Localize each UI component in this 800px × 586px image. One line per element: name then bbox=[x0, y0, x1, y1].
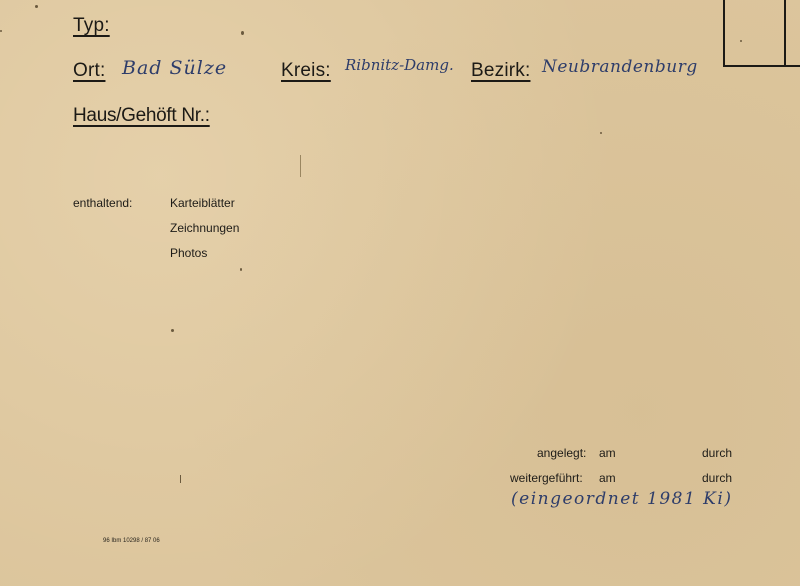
contents-item-zeichnungen: Zeichnungen bbox=[170, 221, 239, 235]
contents-item-karteiblaetter: Karteiblätter bbox=[170, 196, 235, 210]
typ-label: Typ: bbox=[73, 15, 110, 37]
weitergefuehrt-am: am bbox=[599, 471, 616, 485]
paper-speck bbox=[240, 268, 242, 271]
paper-speck bbox=[600, 132, 602, 134]
kreis-value: Ribnitz-Damg. bbox=[345, 56, 454, 74]
paper-speck bbox=[300, 155, 301, 177]
paper-speck bbox=[35, 5, 38, 8]
weitergefuehrt-durch: durch bbox=[702, 471, 732, 485]
corner-box-right-line bbox=[784, 0, 786, 66]
form-number: 96 Ibm 10298 / 87 06 bbox=[103, 538, 160, 544]
paper-speck bbox=[740, 40, 742, 42]
kreis-label: Kreis: bbox=[281, 60, 331, 82]
angelegt-am: am bbox=[599, 446, 616, 460]
corner-box-left-line bbox=[723, 0, 725, 66]
corner-box-bottom-line bbox=[723, 65, 800, 67]
bezirk-value: Neubrandenburg bbox=[542, 57, 698, 77]
weitergefuehrt-label: weitergeführt: bbox=[510, 471, 583, 485]
haus-label: Haus/Gehöft Nr.: bbox=[73, 105, 210, 127]
paper-speck bbox=[0, 30, 2, 32]
paper-speck bbox=[180, 475, 181, 483]
handwritten-note: (eingeordnet 1981 Ki) bbox=[511, 489, 732, 509]
angelegt-durch: durch bbox=[702, 446, 732, 460]
bezirk-label: Bezirk: bbox=[471, 60, 530, 82]
contents-label: enthaltend: bbox=[73, 196, 132, 210]
angelegt-label: angelegt: bbox=[537, 446, 586, 460]
paper-speck bbox=[241, 31, 244, 35]
paper-speck bbox=[171, 329, 174, 332]
contents-item-photos: Photos bbox=[170, 246, 207, 260]
ort-value: Bad Sülze bbox=[122, 57, 227, 79]
ort-label: Ort: bbox=[73, 60, 105, 82]
